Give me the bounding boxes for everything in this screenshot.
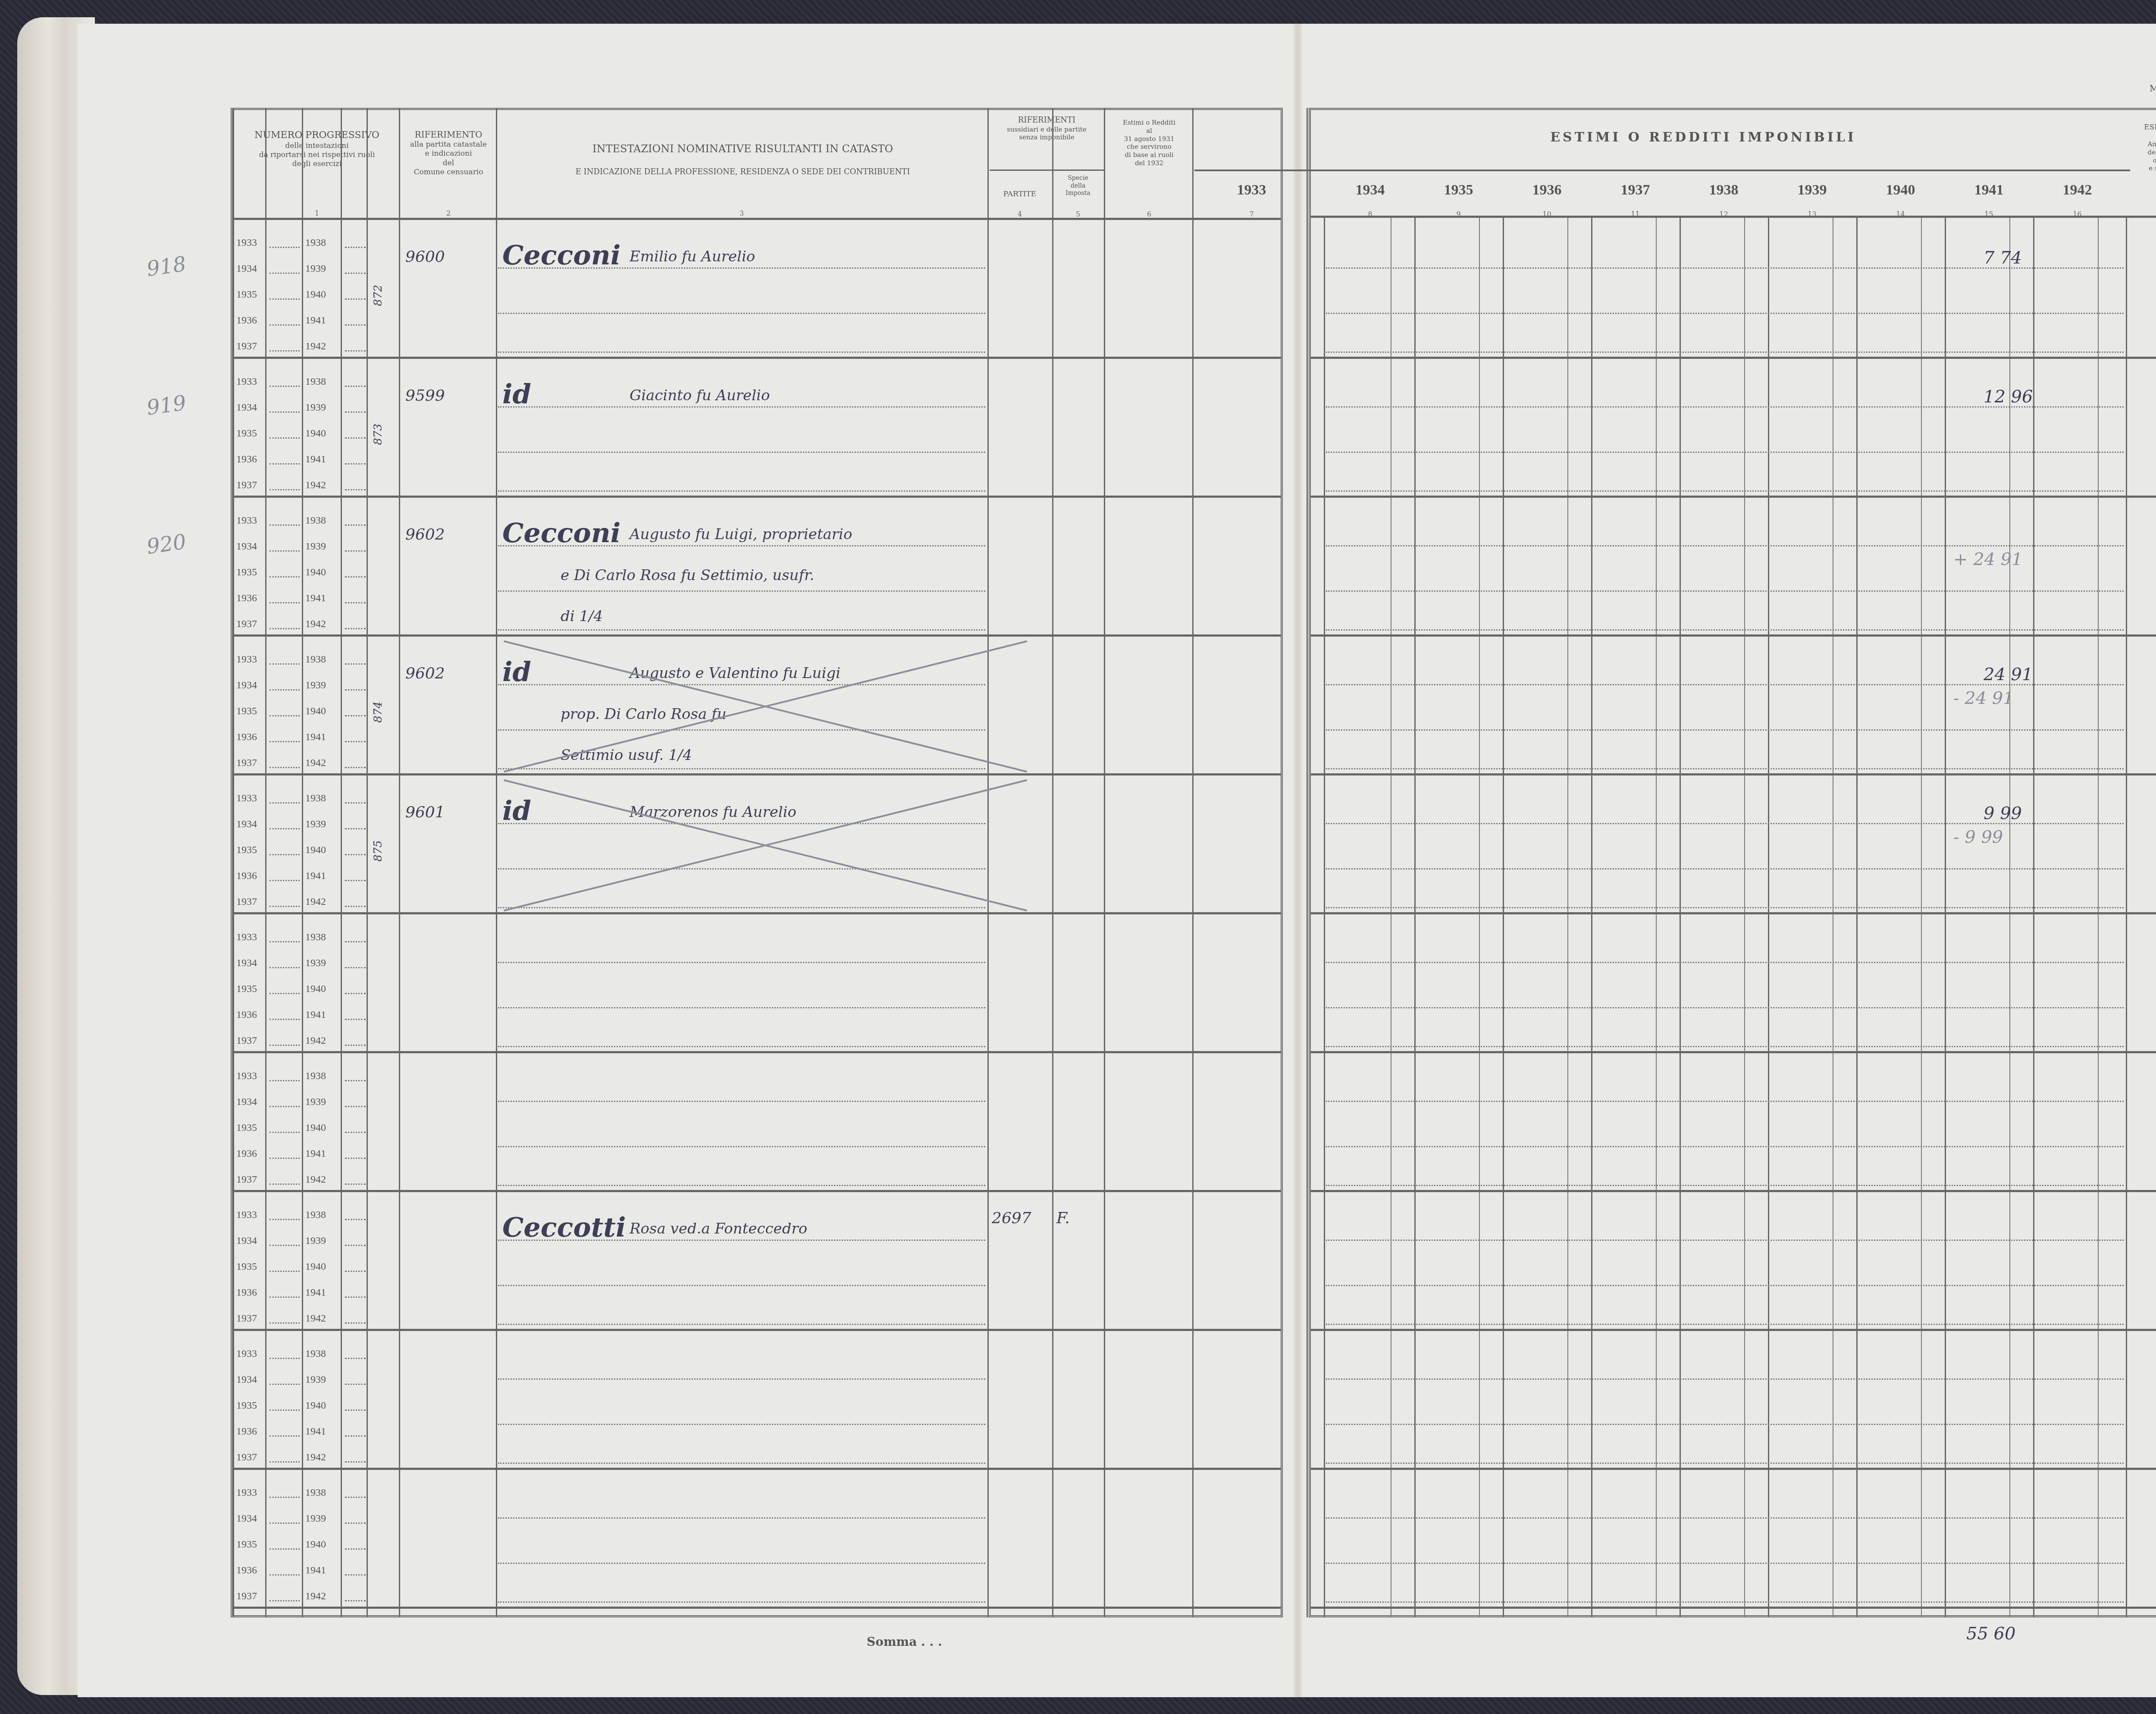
dotted-rule — [345, 741, 366, 742]
year-header: 1940 — [1856, 181, 1945, 200]
column-rule — [1324, 218, 1325, 1617]
header-col45-line: sussidiari e delle partite — [990, 126, 1104, 134]
dotted-rule — [498, 452, 985, 453]
dotted-rule — [498, 1563, 985, 1564]
dotted-rule — [269, 350, 300, 352]
dotted-rule — [1326, 907, 2124, 908]
dotted-rule — [269, 880, 300, 881]
dotted-rule — [498, 768, 985, 769]
dotted-rule — [345, 1271, 366, 1272]
header-col3: INTESTAZIONI NOMINATIVE RISULTANTI IN CA… — [498, 142, 987, 177]
year-label: 1939 — [305, 402, 326, 414]
dotted-rule — [345, 828, 366, 829]
dotted-rule — [269, 1600, 300, 1601]
column-rule — [302, 108, 303, 1617]
year-label: 1940 — [305, 844, 326, 856]
header-col3-title: INTESTAZIONI NOMINATIVE RISULTANTI IN CA… — [498, 142, 987, 155]
year-header: 1942 — [2033, 181, 2122, 200]
dotted-rule — [269, 437, 300, 439]
dotted-rule — [1326, 1240, 2124, 1241]
year-label: 1935 — [236, 706, 257, 717]
row-separator — [233, 1607, 1281, 1609]
dotted-rule — [269, 1219, 300, 1220]
year-label: 1936 — [236, 315, 257, 326]
dotted-rule — [498, 962, 985, 963]
taxpayer-detail: e Di Carlo Rosa fu Settimio, usufr. — [561, 567, 814, 584]
year-label: 1941 — [305, 870, 326, 882]
year-label: 1940 — [305, 1122, 326, 1134]
dotted-rule — [345, 1158, 366, 1159]
dotted-rule — [269, 1574, 300, 1576]
dotted-rule — [1326, 868, 2124, 870]
year-label: 1940 — [305, 289, 326, 301]
column-rule — [1567, 218, 1568, 1617]
row-separator — [1311, 496, 2156, 498]
dotted-rule — [345, 1080, 366, 1081]
year-label: 1942 — [305, 896, 326, 908]
dotted-rule — [269, 1271, 300, 1272]
dotted-rule — [345, 273, 366, 274]
header-col1-line: degli esercizi — [235, 160, 399, 169]
dotted-rule — [269, 993, 300, 994]
year-label: 1935 — [236, 289, 257, 301]
year-label: 1940 — [305, 1261, 326, 1273]
column-rule — [1479, 218, 1480, 1617]
dotted-rule — [498, 729, 985, 731]
row-separator — [1311, 1190, 2156, 1192]
year-label: 1933 — [236, 1070, 257, 1082]
year-header: 1937 — [1591, 181, 1680, 200]
column-rule — [1307, 108, 1308, 1617]
year-label: 1933 — [236, 654, 257, 666]
year-label: 1939 — [305, 680, 326, 691]
taxpayer-surname: Ceccotti — [502, 1212, 626, 1243]
year-label: 1942 — [305, 757, 326, 769]
year-label: 1937 — [236, 480, 257, 491]
year-label: 1940 — [305, 983, 326, 995]
row-separator — [233, 634, 1281, 637]
dotted-rule — [345, 628, 366, 629]
partita-number: 9599 — [405, 387, 445, 405]
column-rule — [1591, 218, 1592, 1617]
amount-1941: 9 99 — [1984, 804, 2022, 823]
year-label: 1937 — [236, 757, 257, 769]
dotted-rule — [345, 1019, 366, 1020]
dotted-rule — [345, 1132, 366, 1133]
dotted-rule — [269, 1435, 300, 1437]
year-label: 1933 — [236, 237, 257, 249]
column-rule — [1833, 218, 1833, 1617]
year-label: 1936 — [236, 1565, 257, 1576]
column-rule — [987, 108, 989, 1617]
taxpayer-surname: id — [502, 656, 531, 687]
header-col2-line: alla partita catastale — [401, 140, 496, 149]
dotted-rule — [1326, 1324, 2124, 1325]
column-rule — [233, 108, 234, 1617]
dotted-rule — [269, 1045, 300, 1046]
dotted-rule — [498, 1285, 985, 1286]
somma-label: Somma . . . — [867, 1635, 942, 1649]
taxpayer-surname: Cecconi — [502, 517, 620, 549]
year-label: 1939 — [305, 819, 326, 830]
year-label: 1933 — [236, 1487, 257, 1499]
dotted-rule — [345, 802, 366, 804]
year-label: 1939 — [305, 1235, 326, 1247]
taxpayer-detail: di 1/4 — [561, 608, 603, 625]
year-label: 1941 — [305, 454, 326, 465]
dotted-rule — [345, 1497, 366, 1498]
dotted-rule — [345, 247, 366, 248]
dotted-rule — [269, 1322, 300, 1324]
dotted-rule — [1326, 590, 2124, 592]
dotted-rule — [345, 1219, 366, 1220]
year-label: 1942 — [305, 1174, 326, 1186]
year-label: 1936 — [236, 1148, 257, 1160]
year-header: 1933 — [1194, 181, 1309, 200]
year-label: 1939 — [305, 1096, 326, 1108]
amount-1941: 12 96 — [1984, 387, 2033, 407]
column-rule — [1503, 218, 1504, 1617]
year-label: 1935 — [236, 1539, 257, 1551]
year-label: 1936 — [236, 731, 257, 743]
dotted-rule — [269, 273, 300, 274]
year-label: 1935 — [236, 983, 257, 995]
partita-number: 9601 — [405, 804, 445, 821]
dotted-rule — [498, 1517, 985, 1519]
column-rule — [1680, 218, 1681, 1617]
year-label: 1942 — [305, 618, 326, 630]
dotted-rule — [1326, 313, 2124, 314]
year-label: 1937 — [236, 618, 257, 630]
year-label: 1934 — [236, 1374, 257, 1386]
dotted-rule — [1326, 1463, 2124, 1464]
subheader-rule — [990, 170, 1104, 171]
row-separator — [233, 1051, 1281, 1053]
dotted-rule — [269, 1358, 300, 1359]
dotted-rule — [345, 411, 366, 413]
side-number: 873 — [372, 424, 385, 445]
dotted-rule — [269, 463, 300, 465]
form-code: Mod. 111 - Imposte Dirette (Intercalare)… — [2150, 83, 2156, 94]
year-label: 1936 — [236, 870, 257, 882]
header-bottom-rule — [233, 218, 1281, 220]
column-rule — [496, 108, 497, 1617]
row-separator — [233, 1329, 1281, 1331]
dotted-rule — [1326, 1424, 2124, 1425]
dotted-rule — [269, 1384, 300, 1385]
dotted-rule — [345, 1245, 366, 1246]
dotted-rule — [269, 802, 300, 804]
dotted-rule — [269, 1158, 300, 1159]
row-separator — [1311, 357, 2156, 359]
dotted-rule — [345, 767, 366, 768]
header-col17: ESENZIONI — Ammontare degli estimi o red… — [2128, 123, 2156, 173]
dotted-rule — [498, 406, 985, 408]
dotted-rule — [345, 324, 366, 326]
partite-value: 2697 — [992, 1209, 1031, 1227]
column-rule — [2033, 218, 2034, 1617]
dotted-rule — [269, 489, 300, 490]
header-col3-subtitle: E INDICAZIONE DELLA PROFESSIONE, RESIDEN… — [498, 167, 987, 177]
book-gutter — [1294, 24, 1302, 1697]
year-label: 1941 — [305, 1009, 326, 1021]
dotted-rule — [345, 1384, 366, 1385]
dotted-rule — [498, 1424, 985, 1425]
dotted-rule — [498, 868, 985, 870]
header-col6-line: di base ai ruoli — [1106, 151, 1192, 159]
amount-1941-pencil: - 24 91 — [1953, 688, 2014, 708]
dotted-rule — [1326, 545, 2124, 546]
row-separator — [233, 496, 1281, 498]
year-label: 1936 — [236, 1426, 257, 1438]
year-label: 1941 — [305, 1426, 326, 1438]
year-label: 1937 — [236, 341, 257, 352]
header-col1-line: delle intestazioni — [235, 141, 399, 151]
dotted-rule — [269, 247, 300, 248]
header-col17-title: ESENZIONI — [2128, 123, 2156, 132]
header-col2-line: Comune censuario — [401, 168, 496, 177]
year-label: 1939 — [305, 263, 326, 275]
year-label: 1942 — [305, 1035, 326, 1047]
column-rule — [1052, 108, 1053, 1617]
header-col4: PARTITE — [990, 190, 1050, 199]
row-separator — [1311, 634, 2156, 637]
dotted-rule — [498, 313, 985, 314]
header-col5-line: Imposta — [1052, 190, 1104, 198]
year-label: 1935 — [236, 1400, 257, 1412]
year-header: 1938 — [1680, 181, 1768, 200]
taxpayer-detail: Rosa ved.a Fonteccedro — [630, 1220, 807, 1237]
column-rule — [2126, 218, 2127, 1617]
taxpayer-detail: Settimio usuf. 1/4 — [561, 747, 692, 764]
year-label: 1938 — [305, 1209, 326, 1221]
dotted-rule — [269, 906, 300, 907]
dotted-rule — [1326, 1378, 2124, 1380]
dotted-rule — [1326, 1185, 2124, 1186]
estimi-title: ESTIMI O REDDITI IMPONIBILI — [1337, 129, 2070, 146]
column-rule — [1104, 108, 1105, 1617]
row-separator — [1311, 912, 2156, 914]
taxpayer-surname: id — [502, 378, 531, 410]
year-label: 1940 — [305, 428, 326, 439]
dotted-rule — [345, 576, 366, 578]
year-label: 1934 — [236, 680, 257, 691]
dotted-rule — [345, 350, 366, 352]
year-label: 1941 — [305, 1148, 326, 1160]
dotted-rule — [1326, 352, 2124, 353]
year-label: 1934 — [236, 957, 257, 969]
dotted-rule — [269, 854, 300, 855]
header-col6-line: del 1932 — [1106, 159, 1192, 167]
year-label: 1940 — [305, 706, 326, 717]
dotted-rule — [345, 993, 366, 994]
year-label: 1934 — [236, 402, 257, 414]
dotted-rule — [1326, 962, 2124, 963]
specie-value: F. — [1056, 1209, 1070, 1227]
amount-1941-pencil: - 9 99 — [1953, 827, 2003, 847]
col-number: 2 — [442, 209, 455, 217]
row-separator — [233, 773, 1281, 775]
dotted-rule — [269, 524, 300, 526]
dotted-rule — [1326, 729, 2124, 731]
dotted-rule — [1326, 1601, 2124, 1603]
estimi-rule — [1194, 170, 2130, 171]
year-label: 1941 — [305, 1287, 326, 1299]
year-label: 1934 — [236, 819, 257, 830]
row-separator — [233, 1190, 1281, 1192]
header-col17-dash: — — [2128, 132, 2156, 140]
somma-1941-value: 55 60 — [1966, 1624, 2016, 1644]
column-rule — [2098, 218, 2099, 1617]
header-col45: RIFERIMENTI sussidiari e delle partite s… — [990, 116, 1104, 141]
right-table-frame — [1309, 108, 2156, 1617]
year-label: 1938 — [305, 376, 326, 388]
amount-1941-pencil: + 24 91 — [1953, 549, 2023, 569]
column-rule — [1921, 218, 1922, 1617]
year-label: 1939 — [305, 541, 326, 552]
year-label: 1934 — [236, 541, 257, 552]
column-rule — [1744, 218, 1745, 1617]
year-header: 1936 — [1503, 181, 1591, 200]
year-label: 1936 — [236, 1009, 257, 1021]
year-label: 1941 — [305, 593, 326, 604]
header-col1-line: da riportarsi nei rispettivi ruoli — [235, 151, 399, 160]
col-number: 6 — [1145, 210, 1153, 218]
dotted-rule — [498, 1146, 985, 1147]
dotted-rule — [269, 1245, 300, 1246]
dotted-rule — [498, 629, 985, 631]
dotted-rule — [269, 1080, 300, 1081]
dotted-rule — [345, 663, 366, 665]
dotted-rule — [269, 550, 300, 552]
year-label: 1942 — [305, 1452, 326, 1463]
dotted-rule — [345, 1322, 366, 1324]
year-label: 1938 — [305, 793, 326, 804]
dotted-rule — [345, 489, 366, 490]
partita-number: 9600 — [405, 248, 445, 266]
dotted-rule — [345, 1183, 366, 1185]
dotted-rule — [345, 550, 366, 552]
year-label: 1935 — [236, 1122, 257, 1134]
row-separator — [233, 357, 1281, 359]
dotted-rule — [1326, 1285, 2124, 1286]
year-label: 1937 — [236, 1035, 257, 1047]
row-separator — [1311, 1329, 2156, 1331]
dotted-rule — [269, 1548, 300, 1550]
column-rule — [1768, 218, 1769, 1617]
dotted-rule — [498, 490, 985, 492]
col-number: 4 — [1015, 210, 1024, 218]
year-label: 1933 — [236, 1209, 257, 1221]
year-label: 1942 — [305, 1313, 326, 1325]
header-col6: Estimi o Redditi al 31 agosto 1931 che s… — [1106, 119, 1192, 167]
year-label: 1942 — [305, 341, 326, 352]
year-label: 1933 — [236, 793, 257, 804]
dotted-rule — [345, 1461, 366, 1463]
header-col17-line: e scadenze — [2128, 164, 2156, 173]
header-col17-line: Ammontare — [2128, 140, 2156, 148]
year-label: 1938 — [305, 1348, 326, 1360]
dotted-rule — [1326, 1101, 2124, 1102]
year-label: 1934 — [236, 1513, 257, 1525]
year-label: 1942 — [305, 1591, 326, 1602]
year-label: 1938 — [305, 515, 326, 527]
dotted-rule — [345, 1523, 366, 1524]
year-label: 1940 — [305, 567, 326, 578]
dotted-rule — [498, 1185, 985, 1186]
taxpayer-surname: id — [502, 795, 531, 826]
column-rule — [1856, 218, 1858, 1617]
header-col1-title: NUMERO PROGRESSIVO — [235, 129, 399, 141]
dotted-rule — [269, 663, 300, 665]
year-label: 1934 — [236, 1096, 257, 1108]
year-label: 1936 — [236, 454, 257, 465]
dotted-rule — [345, 689, 366, 691]
dotted-rule — [1326, 1517, 2124, 1519]
column-rule — [1391, 218, 1391, 1617]
header-col45-line: senza imponibile — [990, 133, 1104, 141]
row-separator — [1311, 1607, 2156, 1609]
header-col17-line: o redditi — [2128, 157, 2156, 165]
column-rule — [265, 108, 266, 1617]
dotted-rule — [269, 411, 300, 413]
year-label: 1933 — [236, 1348, 257, 1360]
col-number: 5 — [1074, 210, 1082, 218]
year-label: 1940 — [305, 1400, 326, 1412]
column-rule — [367, 108, 368, 1617]
amount-1941: 7 74 — [1984, 248, 2022, 268]
year-label: 1935 — [236, 428, 257, 439]
taxpayer-detail: Giacinto fu Aurelio — [630, 387, 770, 404]
year-label: 1938 — [305, 654, 326, 666]
left-table-frame — [231, 108, 1283, 1617]
year-label: 1940 — [305, 1539, 326, 1551]
dotted-rule — [269, 741, 300, 742]
row-separator — [233, 912, 1281, 914]
year-label: 1939 — [305, 1374, 326, 1386]
year-label: 1933 — [236, 932, 257, 943]
dotted-rule — [345, 524, 366, 526]
year-header: 1941 — [1945, 181, 2033, 200]
header-col5: Specie della Imposta — [1052, 175, 1104, 198]
dotted-rule — [1326, 629, 2124, 631]
dotted-rule — [269, 941, 300, 942]
column-rule — [1656, 218, 1657, 1617]
dotted-rule — [345, 941, 366, 942]
dotted-rule — [345, 1574, 366, 1576]
header-col6-line: che servirono — [1106, 143, 1192, 151]
dotted-rule — [498, 1378, 985, 1380]
column-rule — [1414, 218, 1416, 1617]
dotted-rule — [345, 1045, 366, 1046]
header-col2-line: del — [401, 159, 496, 168]
year-label: 1937 — [236, 1313, 257, 1325]
dotted-rule — [269, 628, 300, 629]
header-col6-line: 31 agosto 1931 — [1106, 135, 1192, 143]
header-col2-line: e indicazioni — [401, 149, 496, 158]
taxpayer-detail: Augusto fu Luigi, proprietario — [630, 526, 852, 543]
dotted-rule — [1326, 452, 2124, 453]
dotted-rule — [269, 1106, 300, 1107]
row-separator — [1311, 1051, 2156, 1053]
dotted-rule — [498, 1601, 985, 1603]
dotted-rule — [345, 1435, 366, 1437]
row-separator — [1311, 1468, 2156, 1470]
dotted-rule — [269, 715, 300, 716]
header-col45-title: RIFERIMENTI — [990, 116, 1104, 126]
dotted-rule — [498, 590, 985, 592]
dotted-rule — [345, 602, 366, 603]
